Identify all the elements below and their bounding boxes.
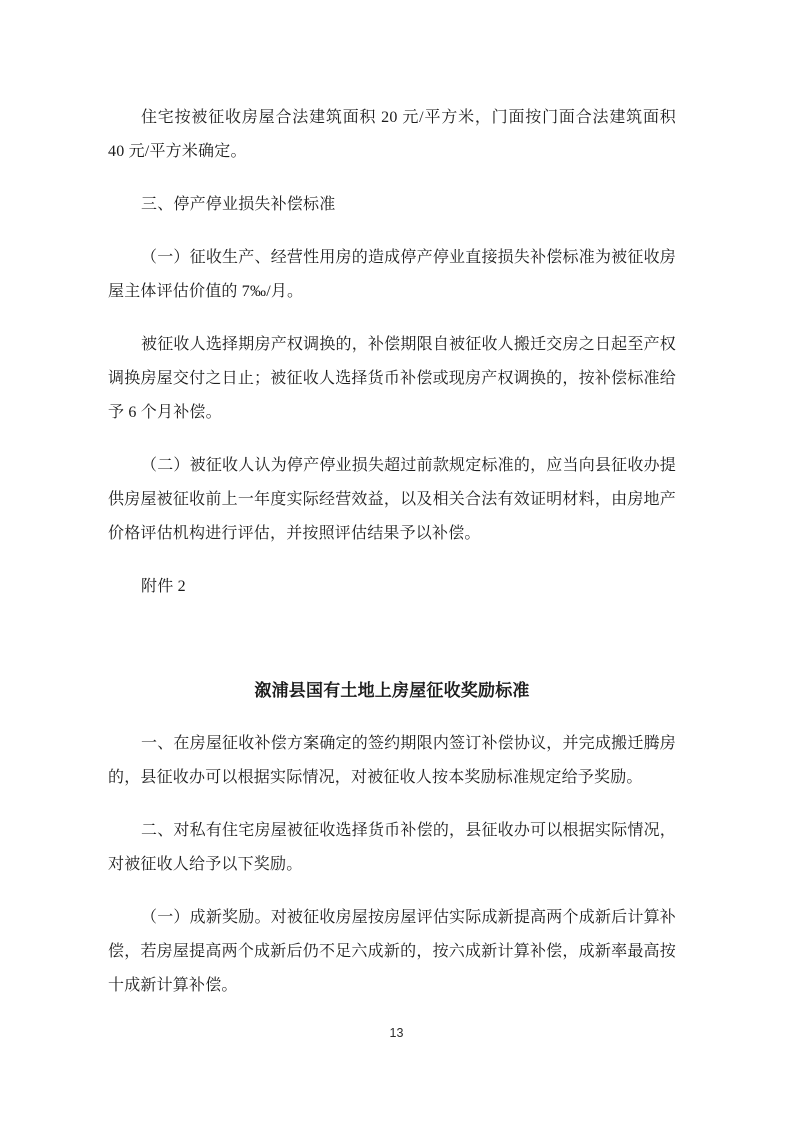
text-line: 对被征收人给予以下奖励。 (108, 848, 676, 882)
text-line: 调换房屋交付之日止；被征收人选择货币补偿或现房产权调换的，按补偿标准给 (108, 362, 676, 396)
section-heading-business-loss: 三、停产停业损失补偿标准 (108, 188, 676, 222)
page-footer: 13 (0, 1024, 793, 1042)
document-title-text: 溆浦县国有土地上房屋征收奖励标准 (108, 674, 676, 708)
text-line: （一）成新奖励。对被征收房屋按房屋评估实际成新提高两个成新后计算补 (108, 901, 676, 935)
paragraph-excess-loss: （二）被征收人认为停产停业损失超过前款规定标准的，应当向县征收办提 供房屋被征收… (108, 449, 676, 551)
section-heading-text: 三、停产停业损失补偿标准 (108, 188, 676, 222)
paragraph-swap-period: 被征收人选择期房产权调换的，补偿期限自被征收人搬迁交房之日起至产权 调换房屋交付… (108, 328, 676, 430)
text-line: （二）被征收人认为停产停业损失超过前款规定标准的，应当向县征收办提 (108, 449, 676, 483)
text-line: 住宅按被征收房屋合法建筑面积 20 元/平方米，门面按门面合法建筑面积 (108, 101, 676, 135)
text-line: 一、在房屋征收补偿方案确定的签约期限内签订补偿协议，并完成搬迁腾房 (108, 727, 676, 761)
paragraph-reward-monetary: 二、对私有住宅房屋被征收选择货币补偿的，县征收办可以根据实际情况， 对被征收人给… (108, 814, 676, 882)
page-number: 13 (390, 1026, 404, 1040)
text-line: 40 元/平方米确定。 (108, 135, 676, 169)
text-line: 予 6 个月补偿。 (108, 396, 676, 430)
text-line: 屋主体评估价值的 7‰/月。 (108, 275, 676, 309)
text-line: 偿，若房屋提高两个成新后仍不足六成新的，按六成新计算补偿，成新率最高按 (108, 935, 676, 969)
paragraph-business-loss-standard: （一）征收生产、经营性用房的造成停产停业直接损失补偿标准为被征收房 屋主体评估价… (108, 241, 676, 309)
paragraph-unit-rates: 住宅按被征收房屋合法建筑面积 20 元/平方米，门面按门面合法建筑面积 40 元… (108, 101, 676, 169)
text-line: 的，县征收办可以根据实际情况，对被征收人按本奖励标准规定给予奖励。 (108, 761, 676, 795)
attachment-label: 附件 2 (108, 570, 676, 604)
text-line: 十成新计算补偿。 (108, 969, 676, 1003)
paragraph-reward-signing: 一、在房屋征收补偿方案确定的签约期限内签订补偿协议，并完成搬迁腾房 的，县征收办… (108, 727, 676, 795)
paragraph-reward-newness: （一）成新奖励。对被征收房屋按房屋评估实际成新提高两个成新后计算补 偿，若房屋提… (108, 901, 676, 1003)
attachment-label-text: 附件 2 (108, 570, 676, 604)
text-line: 二、对私有住宅房屋被征收选择货币补偿的，县征收办可以根据实际情况， (108, 814, 676, 848)
text-line: 价格评估机构进行评估，并按照评估结果予以补偿。 (108, 517, 676, 551)
text-line: （一）征收生产、经营性用房的造成停产停业直接损失补偿标准为被征收房 (108, 241, 676, 275)
text-line: 供房屋被征收前上一年度实际经营效益，以及相关合法有效证明材料，由房地产 (108, 483, 676, 517)
reward-standard-title: 溆浦县国有土地上房屋征收奖励标准 (108, 674, 676, 708)
document-page: 住宅按被征收房屋合法建筑面积 20 元/平方米，门面按门面合法建筑面积 40 元… (0, 0, 793, 1122)
document-body: 住宅按被征收房屋合法建筑面积 20 元/平方米，门面按门面合法建筑面积 40 元… (108, 101, 676, 1022)
text-line: 被征收人选择期房产权调换的，补偿期限自被征收人搬迁交房之日起至产权 (108, 328, 676, 362)
